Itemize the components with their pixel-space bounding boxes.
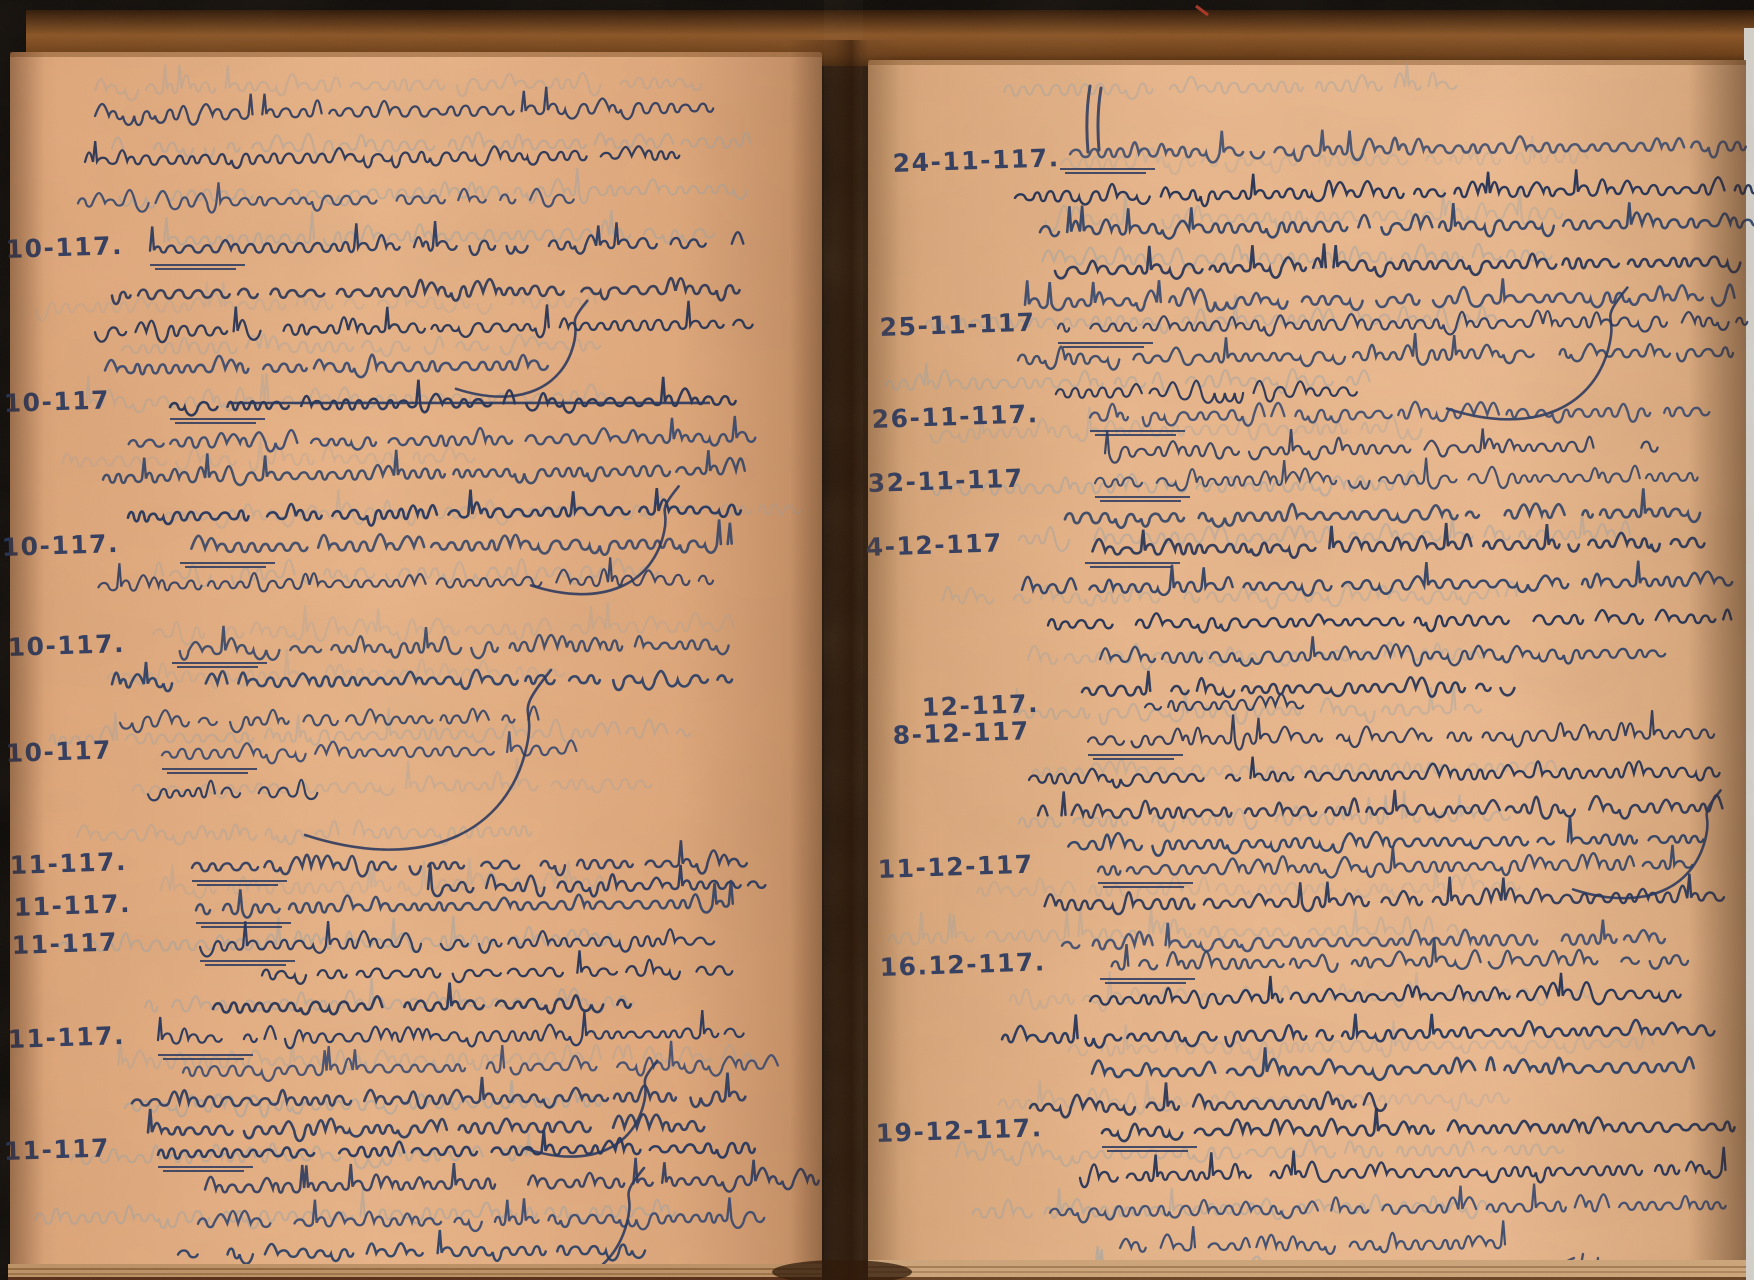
open-handwritten-diary-photo: 10-117.10-11710-117.10-117.10-11711-117.… — [0, 0, 1754, 1280]
paper-grain — [0, 0, 1754, 1280]
